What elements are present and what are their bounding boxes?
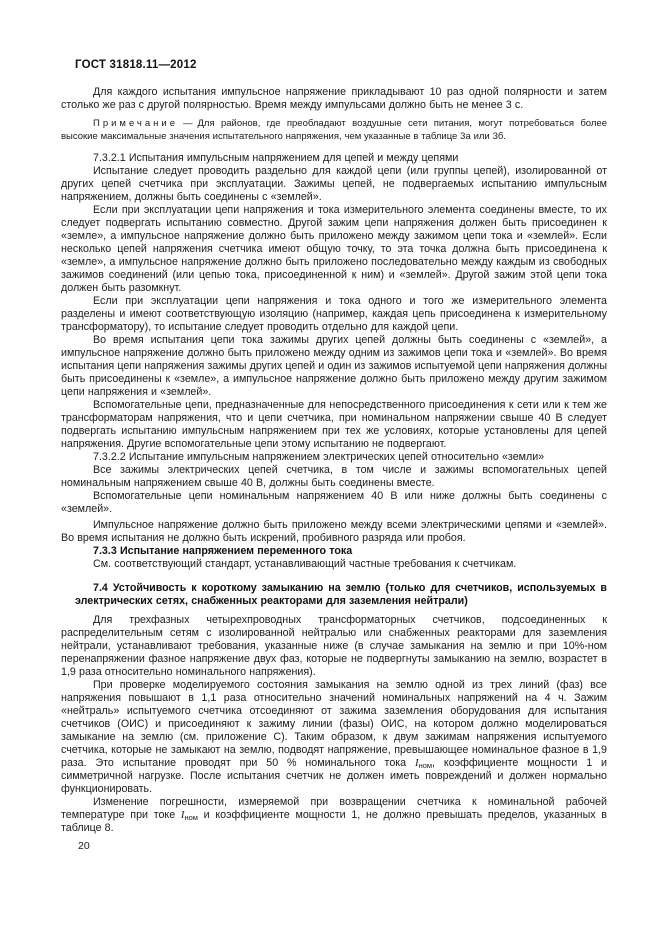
paragraph-all-terminals: Все зажимы электрических цепей счетчика,… (61, 464, 607, 490)
document-header: ГОСТ 31818.11—2012 (75, 59, 197, 71)
document-page: ГОСТ 31818.11—2012 Для каждого испытания… (0, 0, 661, 935)
text-run: При проверке моделируемого состояния зам… (61, 679, 607, 769)
heading-7-3-2-1: 7.3.2.1 Испытания импульсным напряжением… (61, 152, 607, 165)
heading-7-3-3: 7.3.3 Испытание напряжением переменного … (61, 545, 607, 558)
note: Примечание—Для районов, где преобладают … (61, 118, 607, 143)
paragraph-three-phase-meters: Для трехфазных четырехпроводных трансфор… (61, 614, 607, 679)
paragraph-isolated-circuits: Если при эксплуатации цепи напряжения и … (61, 295, 607, 334)
paragraph-impulse-polarity: Для каждого испытания импульсное напряже… (61, 86, 607, 112)
current-subscript: ном (419, 761, 432, 770)
paragraph-error-change: Изменение погрешности, измеряемой при во… (61, 796, 607, 835)
paragraph-impulse-applied: Импульсное напряжение должно быть прилож… (61, 519, 607, 545)
current-subscript: ном (184, 813, 197, 822)
page-number: 20 (78, 840, 90, 852)
paragraph-joined-circuits: Если при эксплуатации цепи напряжения и … (61, 204, 607, 295)
heading-7-4: 7.4 Устойчивость к короткому замыканию н… (75, 582, 607, 608)
document-body: Для каждого испытания импульсное напряже… (61, 86, 607, 835)
paragraph-ground-fault-simulation: При проверке моделируемого состояния зам… (61, 679, 607, 796)
paragraph-aux-40v: Вспомогательные цепи номинальным напряже… (61, 490, 607, 516)
heading-7-3-2-2: 7.3.2.2 Испытание импульсным напряжением… (61, 451, 607, 464)
paragraph-current-circuit-test: Во время испытания цепи тока зажимы друг… (61, 334, 607, 399)
paragraph-auxiliary-circuits: Вспомогательные цепи, предназначенные дл… (61, 399, 607, 451)
note-label: Примечание (93, 118, 178, 129)
note-dash: — (183, 118, 193, 129)
paragraph-separate-circuits: Испытание следует проводить раздельно дл… (61, 165, 607, 204)
paragraph-see-standard: См. соответствующий стандарт, устанавлив… (61, 558, 607, 571)
